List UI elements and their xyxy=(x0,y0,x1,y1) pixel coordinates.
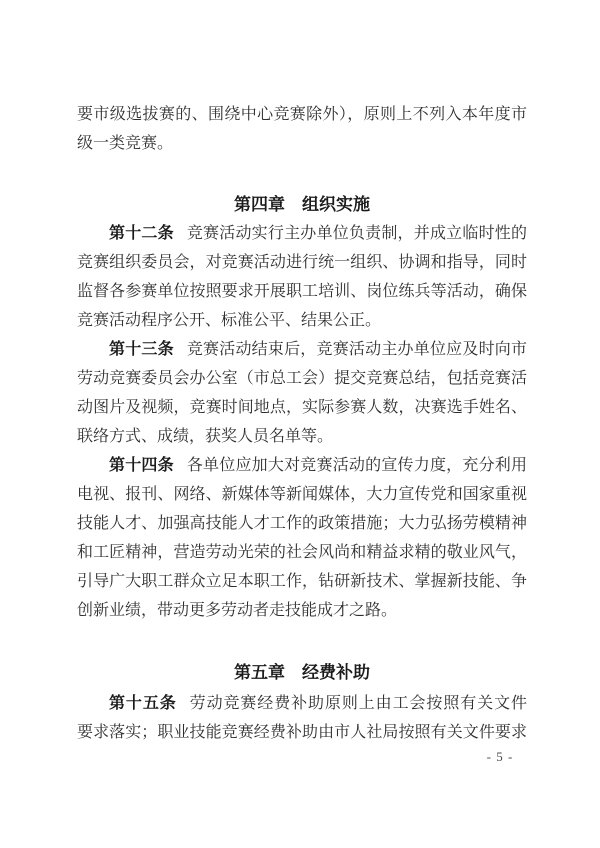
text-line: 监督各参赛单位按照要求开展职工培训、岗位练兵等活动，确保 xyxy=(77,277,527,306)
text-line: 劳动竞赛委员会办公室（市总工会）提交竞赛总结，包括竞赛活 xyxy=(77,364,527,393)
article-13-first-text: 竞赛活动结束后，竞赛活动主办单位应及时向市 xyxy=(187,341,527,358)
chapter-heading-5: 第五章 经费补助 xyxy=(77,658,527,687)
article-13: 第十三条竞赛活动结束后，竞赛活动主办单位应及时向市 劳动竞赛委员会办公室（市总工… xyxy=(77,335,527,451)
article-12-first-text: 竞赛活动实行主办单位负责制，并成立临时性的 xyxy=(187,225,527,242)
article-14-label: 第十四条 xyxy=(109,457,174,474)
text-line: 电视、报刊、网络、新媒体等新闻媒体，大力宣传党和国家重视 xyxy=(77,480,527,509)
article-14-first-text: 各单位应加大对竞赛活动的宣传力度，充分利用 xyxy=(187,457,527,474)
text-line: 和工匠精神，营造劳动光荣的社会风尚和精益求精的敬业风气， xyxy=(77,538,527,567)
text-line: 第十五条劳动竞赛经费补助原则上由工会按照有关文件 xyxy=(77,689,527,718)
text-line: 竞赛活动程序公开、标准公平、结果公正。 xyxy=(77,306,527,335)
text-line: 级一类竞赛。 xyxy=(77,129,527,158)
page-number: - 5 - xyxy=(455,749,545,765)
text-line: 技能人才、加强高技能人才工作的政策措施；大力弘扬劳模精神 xyxy=(77,509,527,538)
article-12: 第十二条竞赛活动实行主办单位负责制，并成立临时性的 竞赛组织委员会，对竞赛活动进… xyxy=(77,219,527,335)
paragraph-continuation: 要市级选拔赛的、围绕中心竞赛除外），原则上不列入本年度市 级一类竞赛。 xyxy=(77,100,527,158)
article-14: 第十四条各单位应加大对竞赛活动的宣传力度，充分利用 电视、报刊、网络、新媒体等新… xyxy=(77,451,527,625)
text-line: 创新业绩，带动更多劳动者走技能成才之路。 xyxy=(77,596,527,625)
text-line: 动图片及视频，竞赛时间地点，实际参赛人数，决赛选手姓名、 xyxy=(77,393,527,422)
text-line: 要市级选拔赛的、围绕中心竞赛除外），原则上不列入本年度市 xyxy=(77,100,527,129)
text-line: 竞赛组织委员会，对竞赛活动进行统一组织、协调和指导，同时 xyxy=(77,248,527,277)
article-15-label: 第十五条 xyxy=(109,695,177,712)
text-line: 第十四条各单位应加大对竞赛活动的宣传力度，充分利用 xyxy=(77,451,527,480)
text-line: 引导广大职工群众立足本职工作，钻研新技术、掌握新技能、争 xyxy=(77,567,527,596)
chapter-heading-4: 第四章 组织实施 xyxy=(77,190,527,219)
text-line: 联络方式、成绩，获奖人员名单等。 xyxy=(77,422,527,451)
article-12-label: 第十二条 xyxy=(109,225,174,242)
document-page: 要市级选拔赛的、围绕中心竞赛除外），原则上不列入本年度市 级一类竞赛。 第四章 … xyxy=(0,0,600,848)
article-13-label: 第十三条 xyxy=(109,341,174,358)
article-15: 第十五条劳动竞赛经费补助原则上由工会按照有关文件 要求落实；职业技能竞赛经费补助… xyxy=(77,689,527,747)
text-line: 要求落实；职业技能竞赛经费补助由市人社局按照有关文件要求 xyxy=(77,718,527,747)
text-line: 第十三条竞赛活动结束后，竞赛活动主办单位应及时向市 xyxy=(77,335,527,364)
text-line: 第十二条竞赛活动实行主办单位负责制，并成立临时性的 xyxy=(77,219,527,248)
article-15-first-text: 劳动竞赛经费补助原则上由工会按照有关文件 xyxy=(190,695,527,712)
